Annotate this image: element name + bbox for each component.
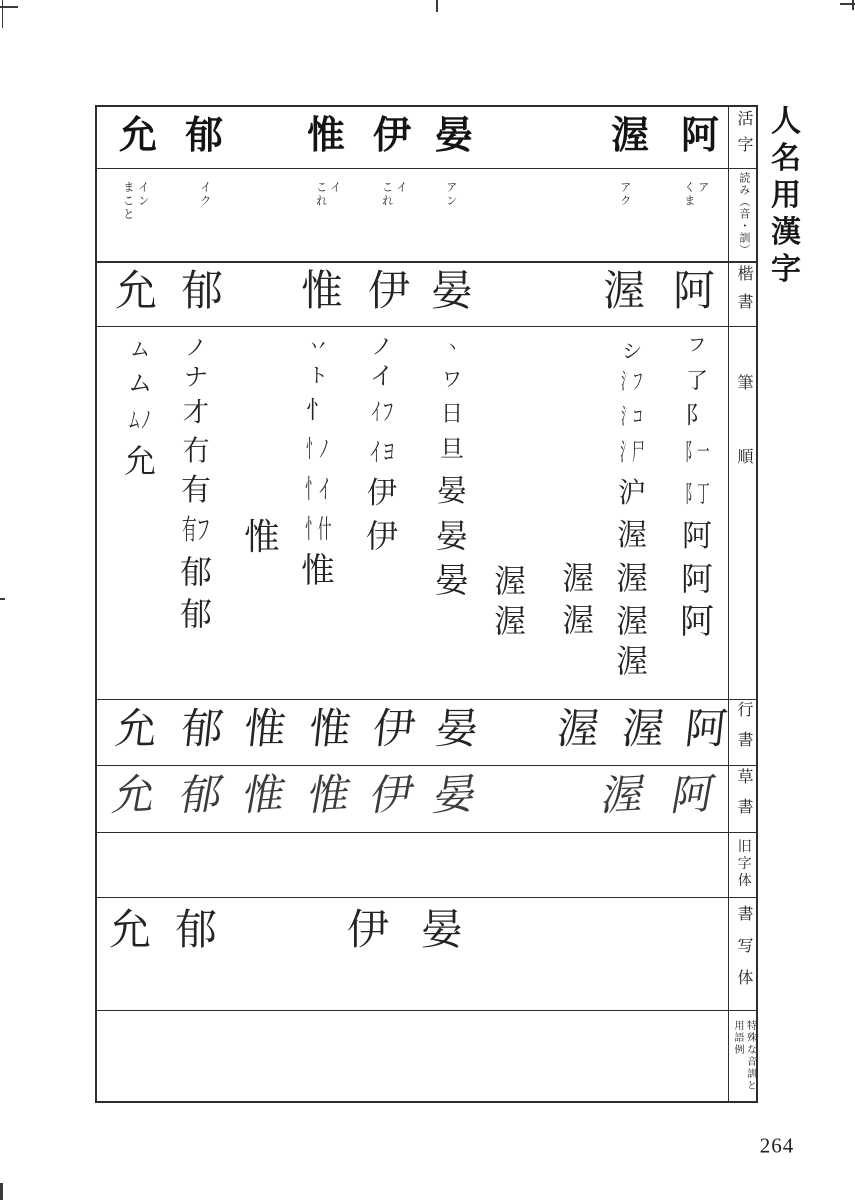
sosho-row-glyph: 阿 [668,774,718,818]
stroke-step-glyph: 伊 [366,520,398,552]
stroke-step-glyph: イ [370,365,394,389]
gyosho-row-glyph: 郁 [179,709,225,751]
stroke-step-glyph: 阿 [682,522,712,552]
stroke-step-glyph: 才 [183,400,209,426]
gyosho-row-glyph: 惟 [242,709,288,751]
side-label: 草書 [733,768,753,828]
stroke-step-glyph: 惟 [301,555,335,589]
gyosho-row-glyph: 惟 [307,709,353,751]
side-label: 旧字体 [734,839,752,890]
reading-kana: イン [136,181,148,208]
stroke-step-glyph: 忄ノ [295,438,341,462]
stroke-step-glyph: イフ [359,401,404,425]
katsuji-row-glyph: 晏 [435,117,473,155]
sosho-row-glyph: 伊 [367,774,417,818]
kaisho-row-glyph: 晏 [431,271,473,313]
stroke-step-glyph: 渥 [616,645,648,677]
stroke-step-glyph: 有 [181,476,211,506]
side-label: 特殊な音訓と 用語例 [731,1020,756,1092]
side-label: 楷書 [733,265,753,321]
stroke-step-glyph: 郁 [180,598,212,630]
stroke-step-glyph: 氵フ [611,371,653,393]
stroke-step-glyph: 丷 [308,337,328,357]
stroke-step-glyph: 渥 [494,565,526,597]
stroke-step-glyph: ノ [371,336,393,358]
shoshatai-row-glyph: 伊 [347,910,389,952]
row-kyujitai [97,832,728,897]
gyosho-row-glyph: 伊 [371,709,417,751]
katsuji-row-glyph: 惟 [307,117,345,155]
reading-kana: アン [444,181,456,208]
registration-mark-left-middle [0,598,5,600]
stroke-step-glyph: 阝一 [674,441,720,465]
reading-kana: ア [696,181,708,195]
stroke-step-glyph: 丶 [444,341,460,357]
reading-kana: これ [314,181,326,208]
stroke-step-glyph: ム [130,340,150,360]
sosho-row-glyph: 渥 [598,774,648,818]
reading-kana: イ [328,181,340,195]
stroke-step-glyph: フ [688,336,706,354]
stroke-step-glyph: ムノ [117,409,163,433]
reading-kana: くま [682,181,694,208]
kaisho-row-glyph: 郁 [181,271,223,313]
stroke-step-glyph: 阝 [685,404,709,428]
sosho-row-glyph: 惟 [304,774,354,818]
gyosho-row-glyph: 晏 [434,709,480,751]
stroke-step-glyph: 阝丁 [674,483,720,507]
katsuji-row-glyph: 允 [119,117,157,155]
registration-mark-top-center [436,0,438,12]
sosho-row-glyph: 惟 [239,774,289,818]
stroke-step-glyph: 氵コ [611,406,653,428]
side-label: 筆順 [733,374,753,522]
stroke-step-glyph: 渥 [562,604,594,636]
stroke-step-glyph: イヨ [357,440,407,466]
reading-kana: イ [394,181,406,195]
stroke-step-glyph: 阿 [680,606,714,640]
stroke-step-glyph: 晏 [435,565,469,599]
gyosho-row-glyph: 渥 [620,709,666,751]
reading-kana: これ [380,181,392,208]
sosho-row-glyph: 郁 [176,774,226,818]
stroke-step-glyph: ト [308,366,328,386]
stroke-step-glyph: 渥 [617,521,647,551]
shoshatai-row-glyph: 允 [109,910,151,952]
reading-kana: イク [198,181,210,208]
side-label: 活字 [733,110,753,162]
side-label: 書写体 [733,905,753,1001]
registration-mark-top-left-v [2,0,4,28]
kaisho-row-glyph: 渥 [603,271,645,313]
registration-mark-bottom-left [0,1183,3,1200]
katsuji-row-glyph: 阿 [681,117,719,155]
stroke-step-glyph: 日 [441,403,463,425]
stroke-step-glyph: ノ [185,337,207,359]
stroke-step-glyph: 渥 [562,562,594,594]
gyosho-row-glyph: 允 [113,709,159,751]
stroke-step-glyph: 允 [124,445,156,477]
gyosho-row-glyph: 阿 [683,709,729,751]
stroke-step-glyph: 渥 [616,562,648,594]
stroke-step-glyph: 了 [686,370,708,392]
stroke-step-glyph: 忄イ [293,477,343,503]
katsuji-row-glyph: 郁 [185,117,223,155]
kaisho-row-glyph: 伊 [368,271,410,313]
kaisho-row-glyph: 允 [115,271,157,313]
stroke-step-glyph: 惟 [244,519,280,555]
stroke-step-glyph: 冇 [182,438,210,466]
page-number: 264 [760,1134,795,1159]
stroke-step-glyph: 晏 [437,477,467,507]
stroke-step-glyph: 渥 [494,605,526,637]
side-label: 行書 [733,701,753,761]
stroke-step-glyph: 郁 [180,556,212,588]
shoshatai-row-glyph: 郁 [175,910,217,952]
book-page: 人名用漢字 264 允郁惟伊晏渥阿允郁惟伊晏渥阿允郁惟惟伊晏渥渥阿允郁惟惟伊晏渥… [0,0,855,1200]
stroke-step-glyph: 阿 [681,563,713,595]
stroke-step-glyph: 有フ [169,517,223,545]
sosho-row-glyph: 允 [109,774,159,818]
stroke-step-glyph: 氵尸 [609,441,655,465]
stroke-step-glyph: 旦 [440,438,464,462]
kaisho-row-glyph: 惟 [301,271,343,313]
gyosho-row-glyph: 渥 [555,709,601,751]
stroke-step-glyph: 渥 [616,605,648,637]
kaisho-row-glyph: 阿 [673,271,715,313]
shoshatai-row-glyph: 晏 [421,910,463,952]
label-column-divider [728,107,729,1101]
sosho-row-glyph: 晏 [430,774,480,818]
stroke-step-glyph: 晏 [436,520,468,552]
reading-kana: まこと [121,181,133,222]
katsuji-row-glyph: 渥 [611,117,649,155]
stroke-step-glyph: ワ [442,370,462,390]
reading-kana: アク [618,181,630,208]
side-label: 読み（音・訓） [736,172,750,256]
stroke-step-glyph: 伊 [367,479,397,509]
stroke-step-glyph: 沪 [618,480,646,508]
stroke-step-glyph: ナ [184,366,208,390]
registration-mark-top-right-v [852,0,854,10]
row-yomi [97,168,728,261]
book-title-vertical: 人名用漢字 [767,105,797,290]
stroke-step-glyph: ム [128,372,152,396]
stroke-step-glyph: シ [622,342,642,362]
stroke-step-glyph: 忄 [306,399,330,423]
row-tokushu [97,1010,728,1101]
katsuji-row-glyph: 伊 [373,117,411,155]
stroke-step-glyph: 忄什 [293,517,343,543]
